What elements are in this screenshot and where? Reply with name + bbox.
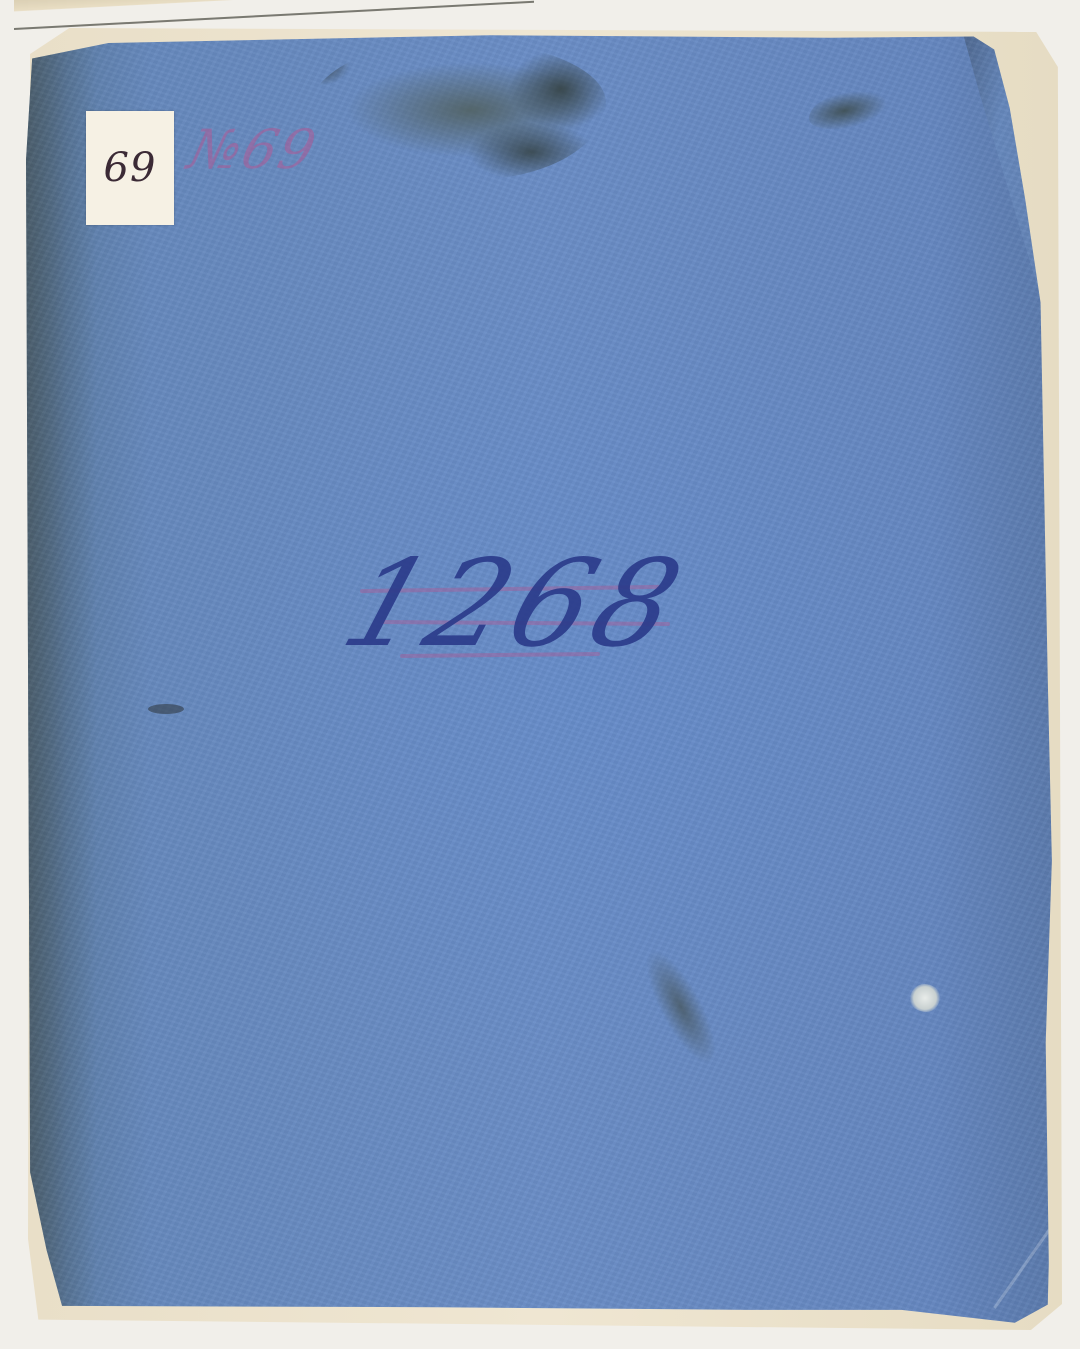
crease-line: [993, 1078, 1080, 1309]
main-inscription-text: 1268: [324, 525, 705, 685]
ink-stain-top: [306, 40, 606, 180]
main-inscription: 1268: [340, 525, 680, 685]
ink-smudge-left: [148, 704, 184, 714]
pencil-number-mark: №69: [182, 118, 324, 181]
number-label: 69: [86, 111, 174, 225]
white-speck: [910, 984, 940, 1012]
top-torn-edge: [14, 0, 534, 30]
number-label-text: 69: [104, 145, 157, 191]
